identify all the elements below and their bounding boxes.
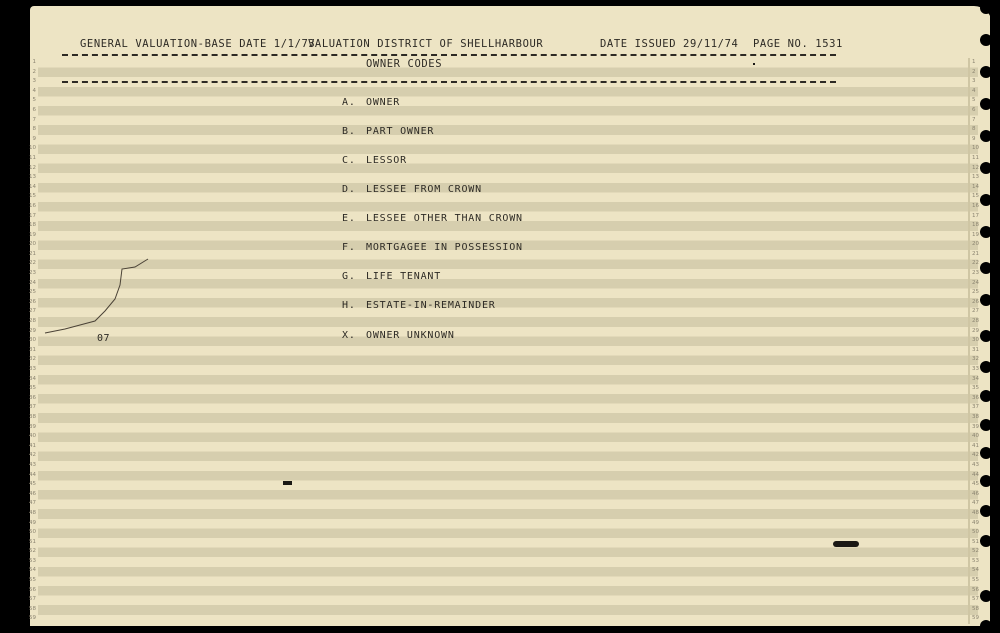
- code-label: LESSEE OTHER THAN CROWN: [366, 213, 523, 224]
- ink-speck: [753, 63, 755, 65]
- code-label: LESSOR: [366, 155, 407, 166]
- section-title: OWNER CODES: [366, 58, 442, 70]
- code-label: OWNER: [366, 97, 400, 108]
- code-label: OWNER UNKNOWN: [366, 330, 455, 341]
- code-letter: H.: [342, 300, 366, 311]
- owner-code-row: X.OWNER UNKNOWN: [342, 330, 455, 341]
- owner-code-row: C.LESSOR: [342, 155, 407, 166]
- green-bar-stripes: [38, 58, 978, 624]
- code-letter: A.: [342, 97, 366, 108]
- ink-speck: [283, 481, 292, 485]
- owner-code-row: F.MORTGAGEE IN POSSESSION: [342, 242, 523, 253]
- code-label: PART OWNER: [366, 126, 434, 137]
- code-letter: B.: [342, 126, 366, 137]
- right-edge: [990, 0, 1000, 633]
- header-rule-bottom: [62, 81, 836, 83]
- owner-code-row: B.PART OWNER: [342, 126, 434, 137]
- paper-crack: [40, 255, 160, 345]
- header-date-issued: DATE ISSUED 29/11/74: [600, 38, 738, 50]
- header-district: VALUATION DISTRICT OF SHELLHARBOUR: [308, 38, 543, 50]
- owner-code-row: G.LIFE TENANT: [342, 271, 441, 282]
- code-label: LESSEE FROM CROWN: [366, 184, 482, 195]
- owner-code-row: A.OWNER: [342, 97, 400, 108]
- header-page-number: PAGE NO. 1531: [753, 38, 843, 50]
- code-label: LIFE TENANT: [366, 271, 441, 282]
- code-letter: D.: [342, 184, 366, 195]
- header-rule-top: [62, 54, 836, 56]
- left-torn-edge: [0, 0, 34, 633]
- bar-edge: [968, 58, 970, 624]
- code-letter: E.: [342, 213, 366, 224]
- owner-code-row: D.LESSEE FROM CROWN: [342, 184, 482, 195]
- owner-code-row: H.ESTATE-IN-REMAINDER: [342, 300, 496, 311]
- header-base-date: GENERAL VALUATION-BASE DATE 1/1/73: [80, 38, 315, 50]
- code-letter: F.: [342, 242, 366, 253]
- code-letter: G.: [342, 271, 366, 282]
- code-letter: X.: [342, 330, 366, 341]
- code-label: ESTATE-IN-REMAINDER: [366, 300, 496, 311]
- paper-tear: [833, 541, 859, 547]
- owner-code-row: E.LESSEE OTHER THAN CROWN: [342, 213, 523, 224]
- code-label: MORTGAGEE IN POSSESSION: [366, 242, 523, 253]
- code-letter: C.: [342, 155, 366, 166]
